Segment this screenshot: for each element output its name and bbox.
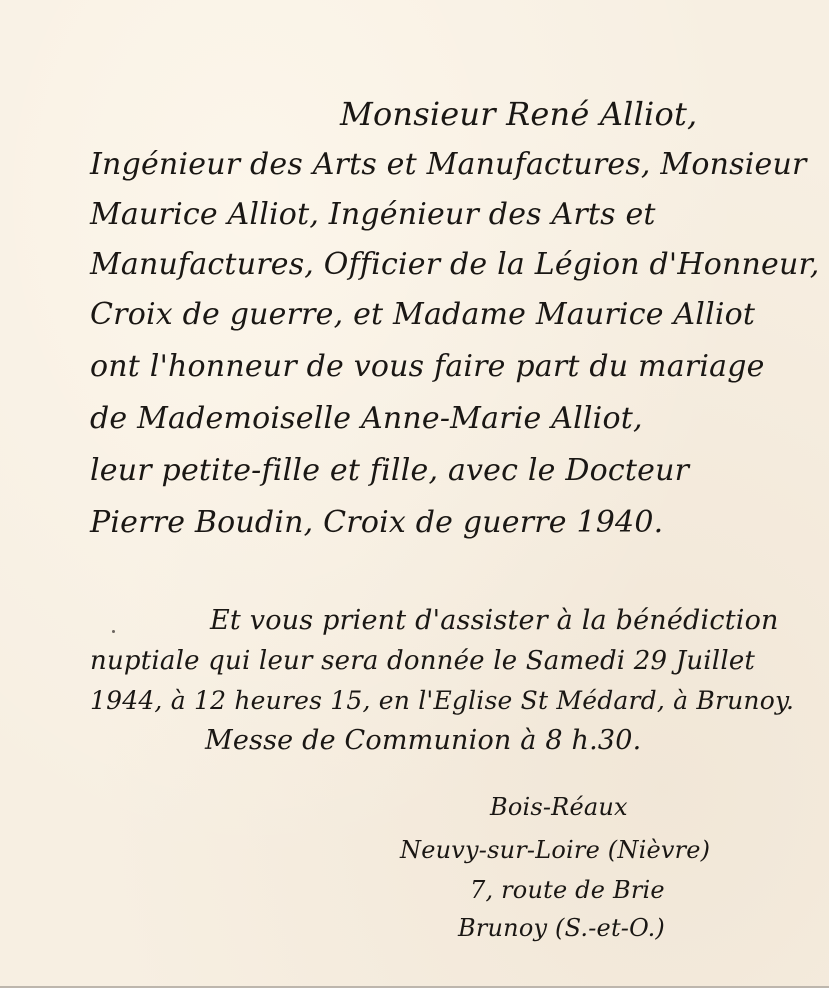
announcement-line-3: Maurice Alliot, Ingénieur des Arts et (90, 200, 656, 230)
invitation-card: Monsieur René Alliot, Ingénieur des Arts… (0, 0, 829, 988)
announcement-line-9: Pierre Boudin, Croix de guerre 1940. (90, 508, 663, 538)
ink-dot (112, 630, 115, 633)
address-line-2: Neuvy-sur-Loire (Nièvre) (400, 836, 710, 864)
announcement-line-2: Ingénieur des Arts et Manufactures, Mons… (90, 150, 807, 180)
address-line-1: Bois-Réaux (490, 793, 628, 821)
address-line-4: Brunoy (S.-et-O.) (458, 914, 665, 942)
announcement-line-7: de Mademoiselle Anne-Marie Alliot, (90, 404, 643, 434)
announcement-line-8: leur petite-fille et fille, avec le Doct… (90, 456, 689, 486)
announcement-line-6: ont l'honneur de vous faire part du mari… (90, 352, 765, 382)
invitation-line-1: Et vous prient d'assister à la bénédicti… (210, 607, 779, 634)
address-line-3: 7, route de Brie (470, 876, 665, 904)
invitation-line-3: 1944, à 12 heures 15, en l'Eglise St Méd… (90, 688, 794, 713)
announcement-line-4: Manufactures, Officier de la Légion d'Ho… (90, 250, 819, 280)
announcement-line-5: Croix de guerre, et Madame Maurice Allio… (90, 300, 755, 330)
announcement-line-1: Monsieur René Alliot, (340, 98, 697, 130)
invitation-line-4: Messe de Communion à 8 h.30. (205, 727, 641, 754)
invitation-line-2: nuptiale qui leur sera donnée le Samedi … (90, 648, 755, 674)
